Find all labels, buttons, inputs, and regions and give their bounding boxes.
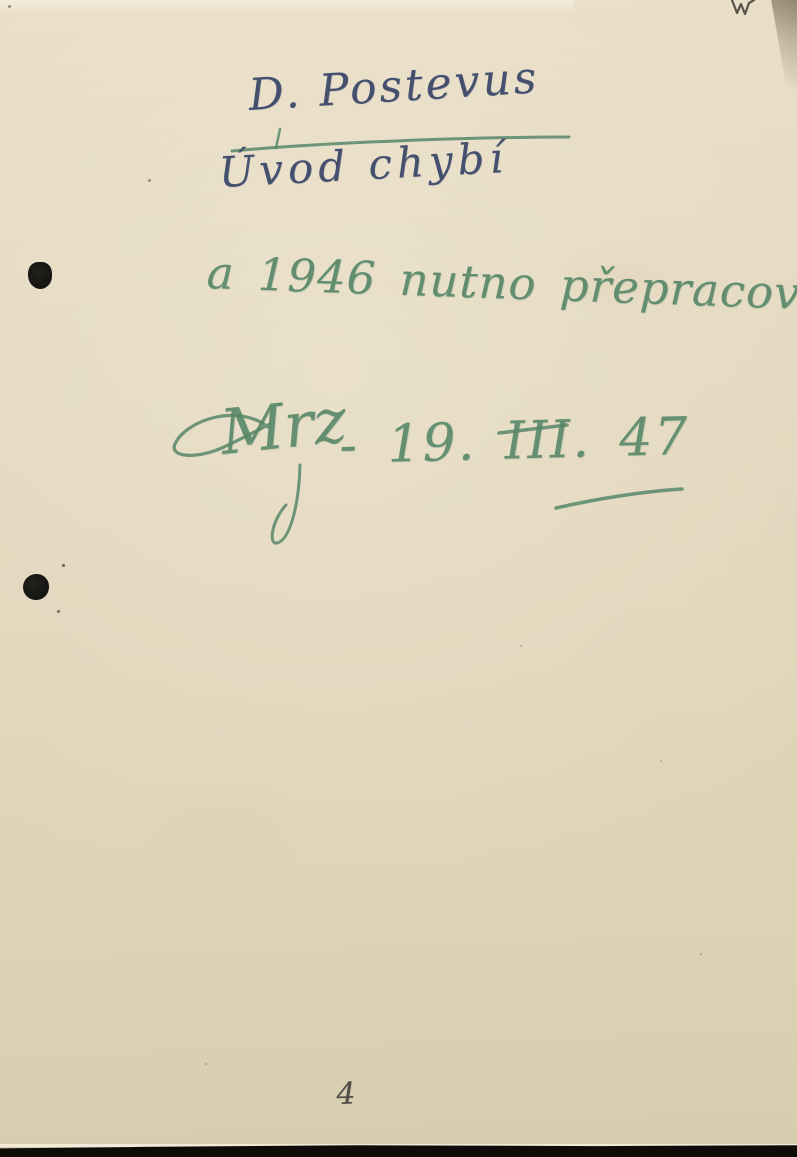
punch-hole-top-icon <box>28 262 52 289</box>
signature-tail-stroke <box>272 465 300 543</box>
page-edge-shadow <box>759 0 797 150</box>
scanned-page: D. Postevus Úvod chybí a 1946 nutno přep… <box>0 0 797 1157</box>
date-strike-stroke <box>556 489 682 508</box>
paper-top-edge-light <box>0 0 574 13</box>
paper-speck <box>57 610 60 613</box>
page-number: 4 <box>336 1079 356 1110</box>
author-line: D. Postevus <box>247 56 540 118</box>
signature: Mrz <box>218 389 350 464</box>
paper-speck <box>700 953 702 955</box>
missing-intro-note: Úvod chybí <box>218 137 509 194</box>
date-line: - 19. III. 47 <box>339 411 690 472</box>
paper-speck <box>62 564 65 567</box>
punch-hole-bottom-icon <box>23 574 49 600</box>
paper-speck <box>148 179 151 182</box>
paper-speck <box>660 760 662 762</box>
paper-speck <box>205 1063 207 1065</box>
paper-speck <box>520 645 522 647</box>
mouse-cursor-icon <box>731 0 757 16</box>
paper-speck <box>8 5 11 8</box>
revision-note: a 1946 nutno přepracovat <box>206 250 797 317</box>
